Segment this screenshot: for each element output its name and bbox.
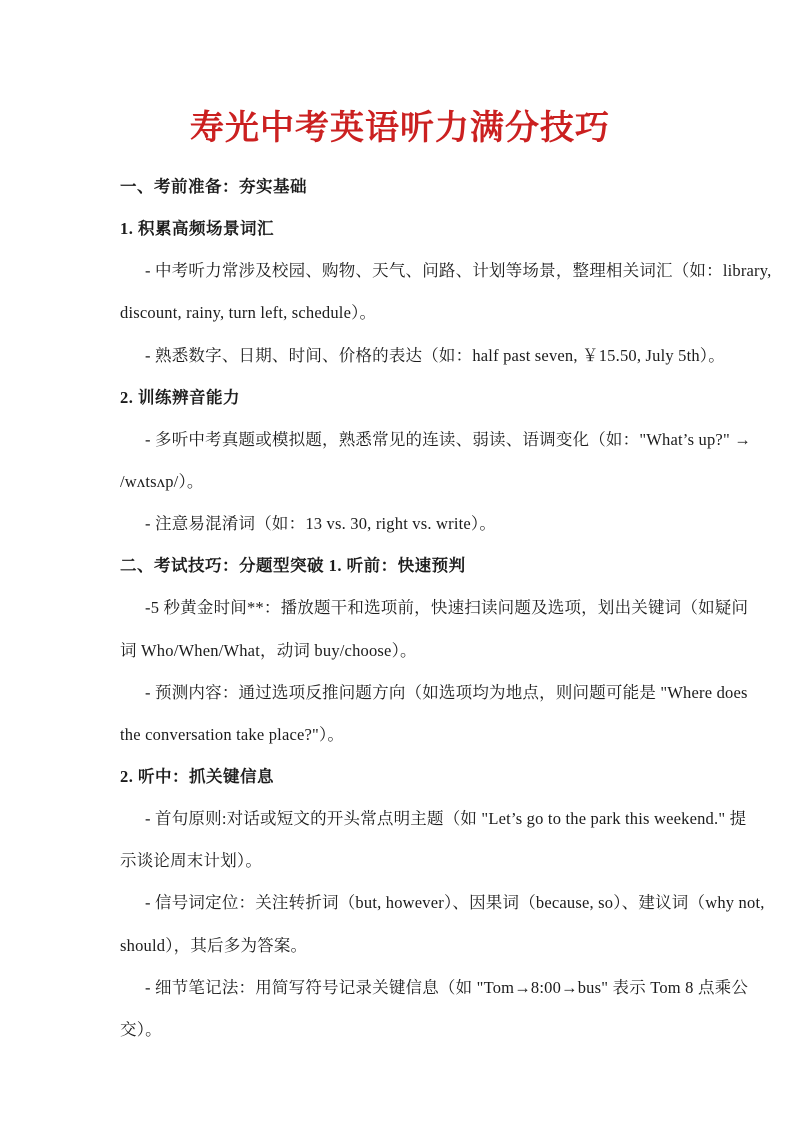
doc-line-continuation: 词 Who/When/What，动词 buy/choose）。 (120, 630, 680, 672)
doc-line-bullet: -5 秒黄金时间**：播放题干和选项前，快速扫读问题及选项，划出关键词（如疑问 (120, 587, 680, 629)
doc-line-bullet: - 注意易混淆词（如：13 vs. 30, right vs. write）。 (120, 503, 680, 545)
doc-line-continuation: 示谈论周末计划）。 (120, 840, 680, 882)
doc-line-bullet: - 多听中考真题或模拟题，熟悉常见的连读、弱读、语调变化（如："What’s u… (120, 419, 680, 461)
document-body: 一、考前准备：夯实基础 1. 积累高频场景词汇 - 中考听力常涉及校园、购物、天… (120, 166, 680, 1051)
doc-line-bullet: - 预测内容：通过选项反推问题方向（如选项均为地点，则问题可能是 "Where … (120, 672, 680, 714)
doc-line-section-2: 二、考试技巧：分题型突破 1. 听前：快速预判 (120, 545, 680, 587)
doc-line-continuation: /wʌtsʌp/）。 (120, 461, 680, 503)
doc-line-item-1: 1. 积累高频场景词汇 (120, 208, 680, 250)
doc-line-bullet: - 细节笔记法：用简写符号记录关键信息（如 "Tom→8:00→bus" 表示 … (120, 967, 680, 1009)
doc-line-continuation: should），其后多为答案。 (120, 925, 680, 967)
doc-line-item-2-listening: 2. 听中：抓关键信息 (120, 756, 680, 798)
document-page: 寿光中考英语听力满分技巧 一、考前准备：夯实基础 1. 积累高频场景词汇 - 中… (0, 0, 800, 1131)
doc-line-bullet: - 中考听力常涉及校园、购物、天气、问路、计划等场景，整理相关词汇（如：libr… (120, 250, 680, 292)
doc-line-continuation: 交）。 (120, 1009, 680, 1051)
doc-line-continuation: the conversation take place?"）。 (120, 714, 680, 756)
doc-line-section-1: 一、考前准备：夯实基础 (120, 166, 680, 208)
doc-line-bullet: - 首句原则:对话或短文的开头常点明主题（如 "Let’s go to the … (120, 798, 680, 840)
document-title: 寿光中考英语听力满分技巧 (120, 104, 680, 152)
doc-line-item-2: 2. 训练辨音能力 (120, 377, 680, 419)
doc-line-continuation: discount, rainy, turn left, schedule）。 (120, 292, 680, 334)
doc-line-bullet: - 熟悉数字、日期、时间、价格的表达（如：half past seven, ￥1… (120, 335, 680, 377)
doc-line-bullet: - 信号词定位：关注转折词（but, however）、因果词（because,… (120, 882, 680, 924)
